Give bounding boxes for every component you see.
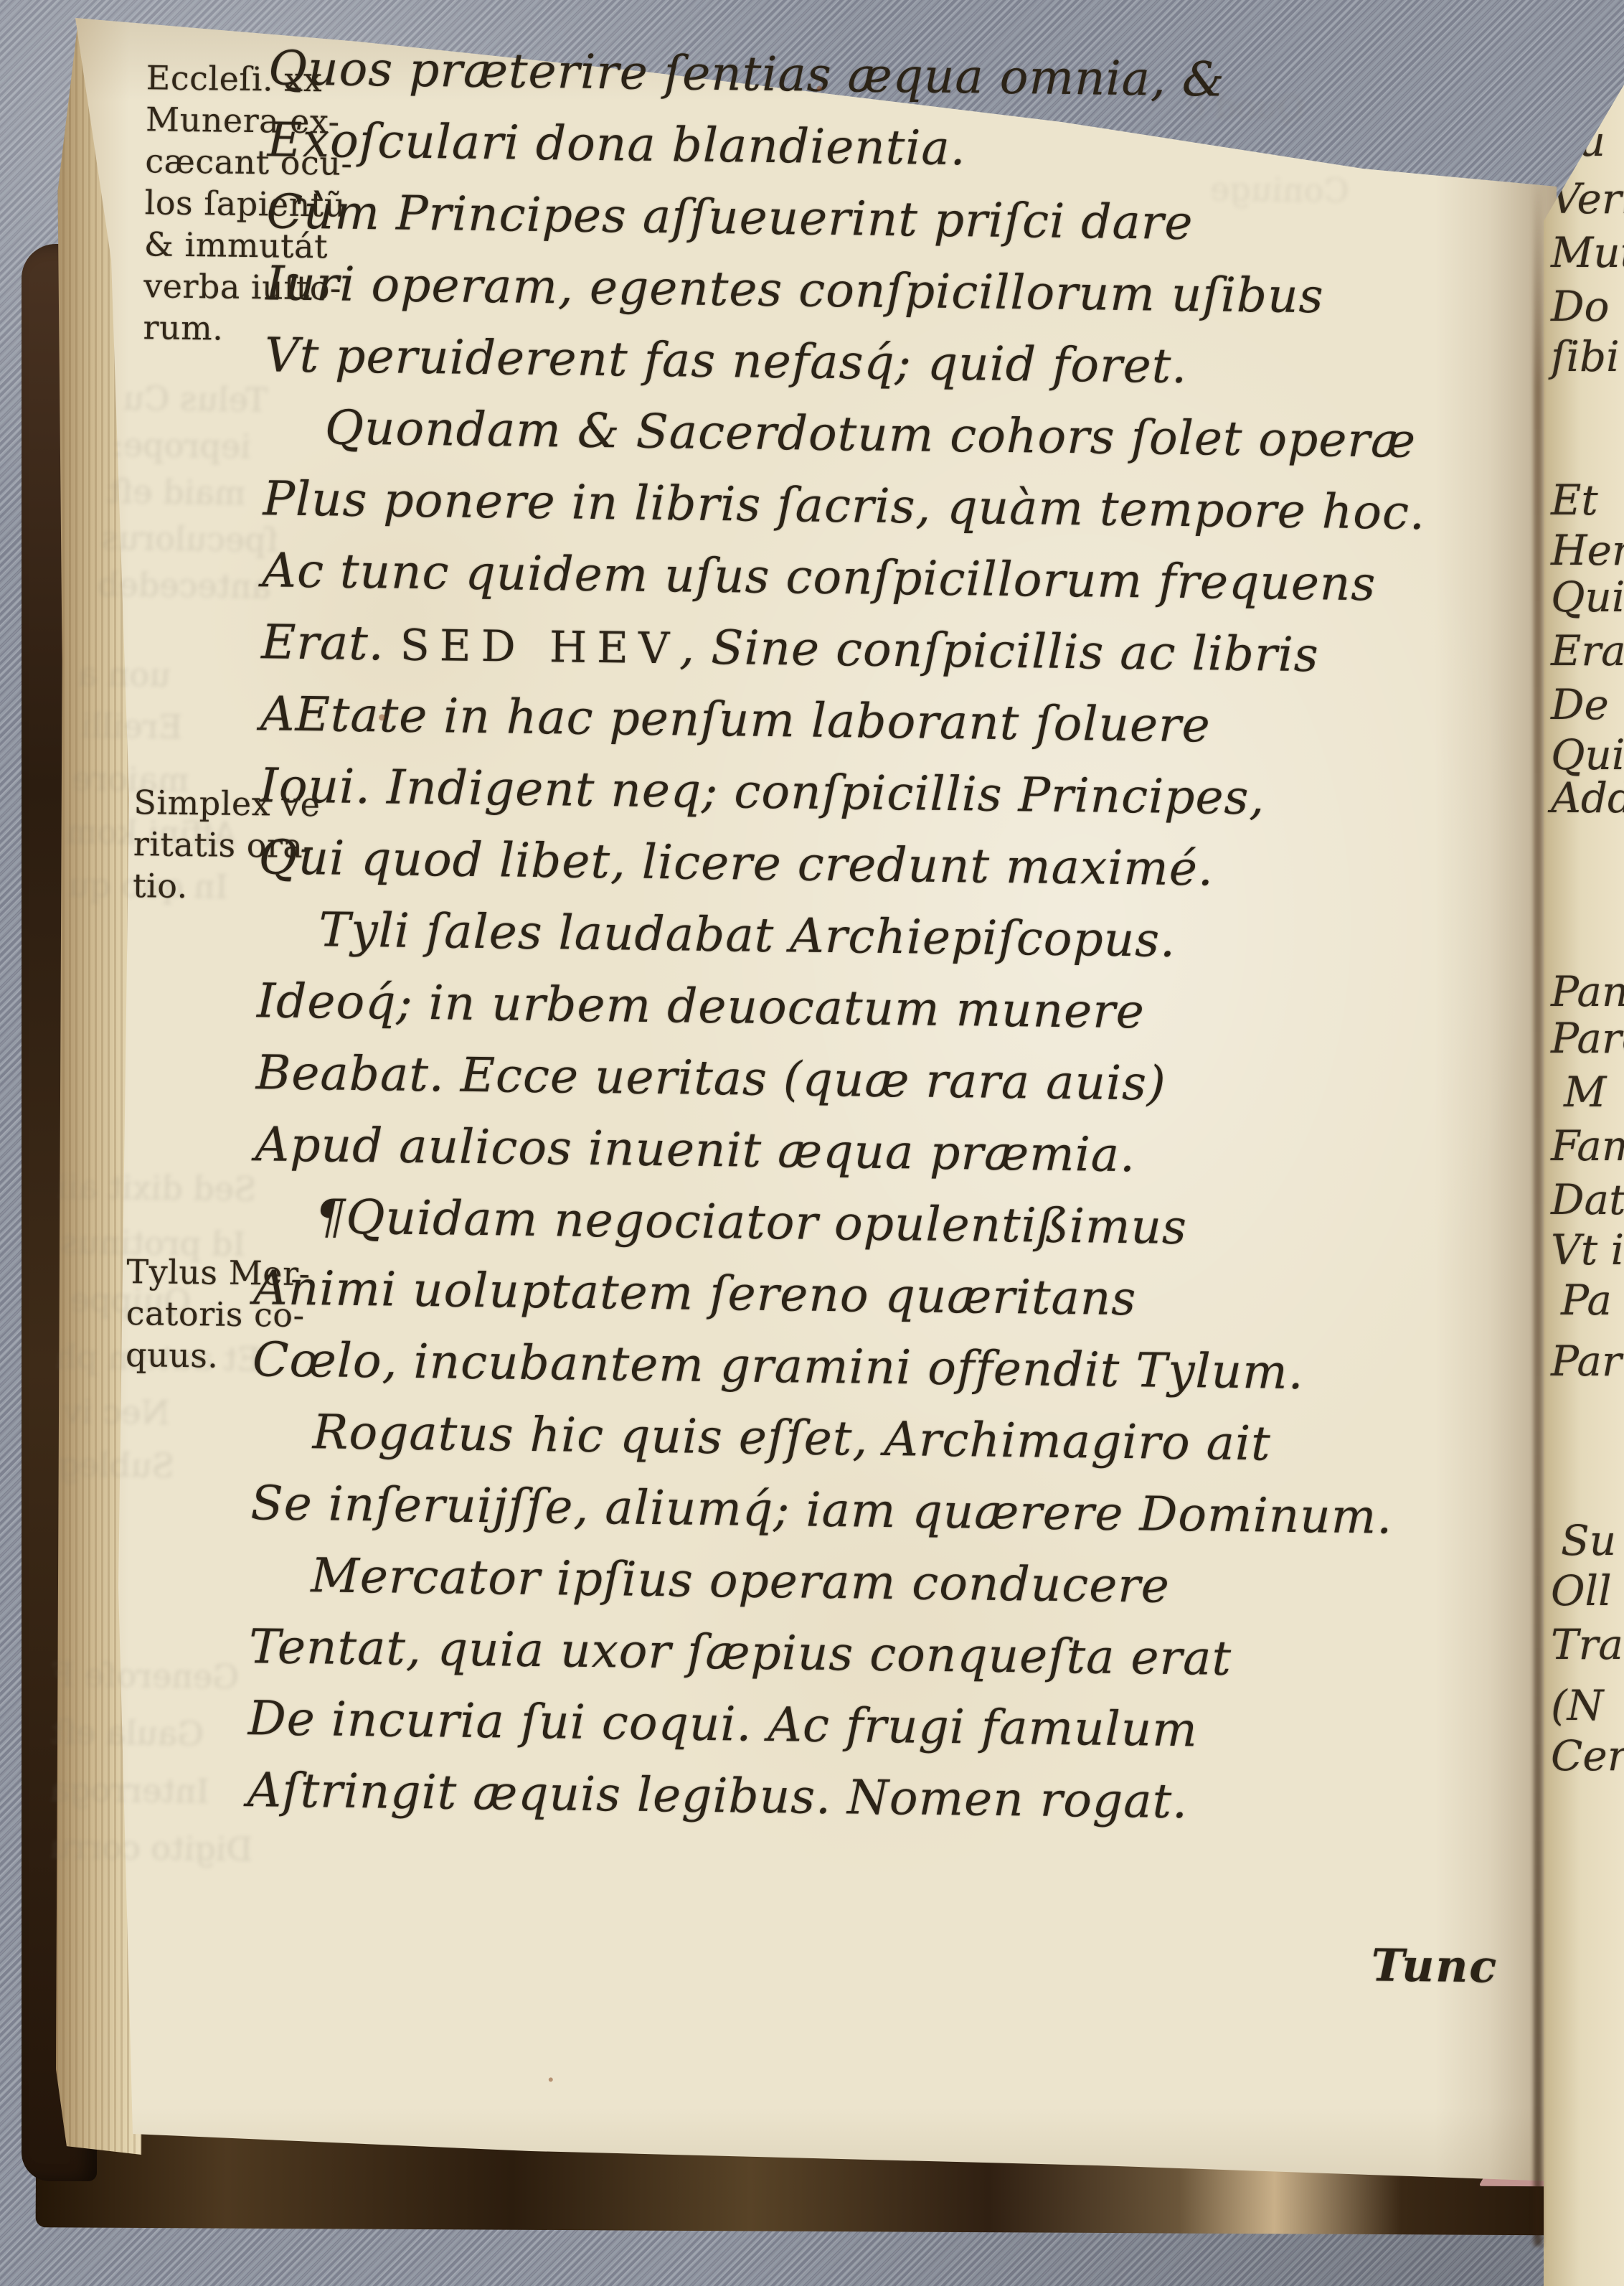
foxing-speck (817, 86, 822, 91)
show-through-text: uon a (77, 654, 171, 695)
verse-line: Aſtringit æquis legibus. Nomen rogat. (247, 1754, 1539, 1842)
show-through-text: Sed dixit aii (57, 1167, 257, 1208)
right-page-sliver: Tu Veri Mut Do ſibi Et Heru Quib Erat De… (1544, 85, 1624, 2286)
show-through-text: antecedeb (98, 565, 272, 606)
show-through-text: Digito corru (49, 1828, 252, 1868)
foxing-speck (549, 2077, 553, 2082)
show-through-text: Ereilli (80, 706, 182, 746)
verse-line-segment: Erat. (261, 614, 400, 671)
facing-page-fragment: Oll (1551, 1566, 1612, 1615)
facing-page-fragment: Add (1551, 773, 1624, 822)
facing-page-fragment: Mut (1551, 228, 1624, 277)
verse-line-caps: SED HEV (400, 621, 679, 674)
show-through-text: Nec iv (63, 1392, 170, 1432)
catchword: Tunc (1371, 1939, 1498, 1993)
facing-page-fragment: Quib (1551, 573, 1624, 621)
facing-page-fragment: Tu (1551, 117, 1605, 166)
facing-page-fragment: Fam (1551, 1121, 1624, 1170)
show-through-text: Interroga (49, 1770, 209, 1811)
facing-page-fragment: Dat (1551, 1175, 1624, 1224)
facing-page-fragment: Pa (1561, 1276, 1612, 1325)
show-through-text: ſpeculorus (101, 519, 278, 560)
facing-page-fragment: Heru (1551, 526, 1624, 575)
show-through-text: Subleg (58, 1445, 175, 1485)
facing-page-fragment: ſibi (1551, 332, 1620, 381)
facing-page-fragment: Erat (1551, 626, 1624, 675)
verse-line-segment: , Sine conſpicillis ac libris (679, 619, 1319, 682)
facing-page-fragment: Pare (1551, 1014, 1624, 1063)
show-through-text: ieprope: (112, 425, 251, 466)
show-through-text: maid eſt (107, 472, 245, 512)
facing-page-fragment: De (1551, 680, 1609, 729)
facing-page-fragment: Do (1551, 282, 1609, 331)
facing-page-fragment: Par (1551, 1337, 1622, 1386)
facing-page-fragment: Su (1561, 1516, 1616, 1565)
show-through-text: Telus Cu (123, 379, 268, 419)
facing-page-fragment: Veri (1551, 174, 1624, 223)
facing-page-fragment: Et (1551, 476, 1598, 525)
foxing-speck (379, 714, 385, 720)
show-through-text: Generoſe F (51, 1655, 239, 1696)
facing-page-fragment: (N (1551, 1681, 1603, 1730)
facing-page-fragment: M (1564, 1068, 1606, 1116)
show-through-text: Gaula eſt (50, 1713, 204, 1754)
facing-page-fragment: Tra (1551, 1620, 1623, 1669)
left-page-content: Telus Cu ieprope: maid eſt ſpeculorus an… (45, 9, 1557, 2204)
facing-page-fragment: Vt i (1551, 1226, 1624, 1274)
facing-page-fragment: Cer (1551, 1731, 1624, 1780)
verse-text-block: Quos præterire ſentias æqua omnia, & Exo… (247, 32, 1559, 1842)
photograph-of-open-book: Tu Veri Mut Do ſibi Et Heru Quib Erat De… (0, 0, 1624, 2286)
facing-page-fragment: Pani (1551, 967, 1624, 1016)
facing-page-fragment: Qui (1551, 730, 1624, 779)
